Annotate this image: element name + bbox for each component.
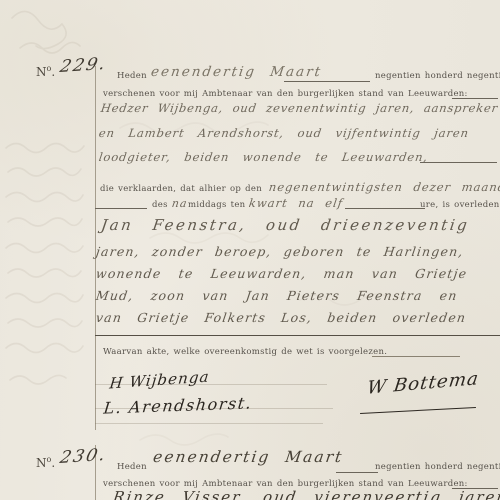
death-register-page: No. 229. Heden eenendertig Maart negenti…	[0, 0, 500, 500]
blank-rule	[420, 161, 497, 163]
entry1-deceased-line1: Jan Feenstra, oud drieenzeventig	[100, 216, 471, 234]
no-prefix: N	[36, 65, 47, 79]
entry2-date-handwritten: eenendertig Maart	[152, 448, 345, 466]
entry1-heden-label: Heden	[117, 71, 147, 81]
entry1-declaration-printed1: die verklaarden, dat alhier op den	[100, 184, 262, 194]
blank-rule	[336, 471, 378, 473]
entry1-deceased-line2: jaren, zonder beroep, geboren te Harling…	[95, 244, 465, 259]
no-prefix: N	[36, 456, 47, 470]
entry1-middags-label: middags ten	[188, 200, 245, 210]
entry1-na-handwritten: na	[171, 197, 188, 210]
blank-rule	[284, 80, 370, 82]
entry1-number-handwritten: 229.	[58, 54, 109, 77]
entry2-number-handwritten: 230.	[58, 445, 109, 468]
entry2-number-label: No.	[36, 455, 55, 470]
entry1-appeared-line: verschenen voor mij Ambtenaar van den bu…	[103, 89, 468, 99]
entry1-closing-line: Waarvan akte, welke overeenkomstig de we…	[103, 347, 387, 357]
entry1-year-printed: negentien honderd negentien,	[375, 71, 500, 81]
entry1-declaration-hw-date: negenentwintigsten dezer maand	[268, 180, 500, 194]
entry1-time-handwritten: kwart na elf	[248, 196, 344, 210]
blank-rule	[452, 97, 498, 99]
entry1-deceased-line3: wonende te Leeuwarden, man van Grietje	[95, 266, 468, 281]
entry1-ure-overleden-label: ure, is overleden:	[420, 200, 500, 210]
signature-ledger-line	[95, 423, 323, 424]
entry1-des-label: des	[152, 200, 168, 210]
entry1-deceased-line4: Mud, zoon van Jan Pieters Feenstra en	[95, 288, 459, 303]
entry1-number-label: No.	[36, 64, 55, 79]
entry1-date-handwritten: eenendertig Maart	[150, 64, 323, 80]
entry1-section-rule	[95, 335, 500, 336]
entry1-deceased-line5: van Grietje Folkerts Los, beiden overled…	[95, 310, 467, 325]
blank-rule	[95, 207, 147, 209]
entry2-declarant-partial: Rinze Visser, oud vierenveertig jaren	[112, 488, 500, 500]
blank-rule	[372, 355, 460, 357]
entry1-declarant-line2: en Lambert Arendshorst, oud vijfentwinti…	[98, 126, 470, 140]
entry2-heden-label: Heden	[117, 462, 147, 472]
entry1-declarant-line1: Hedzer Wijbenga, oud zevenentwintig jare…	[100, 101, 499, 115]
entry2-year-printed: negentien honderd negentien,	[375, 462, 500, 472]
entry1-declarant-line3: loodgieter, beiden wonende te Leeuwarden…	[98, 150, 429, 164]
blank-rule	[345, 207, 425, 209]
